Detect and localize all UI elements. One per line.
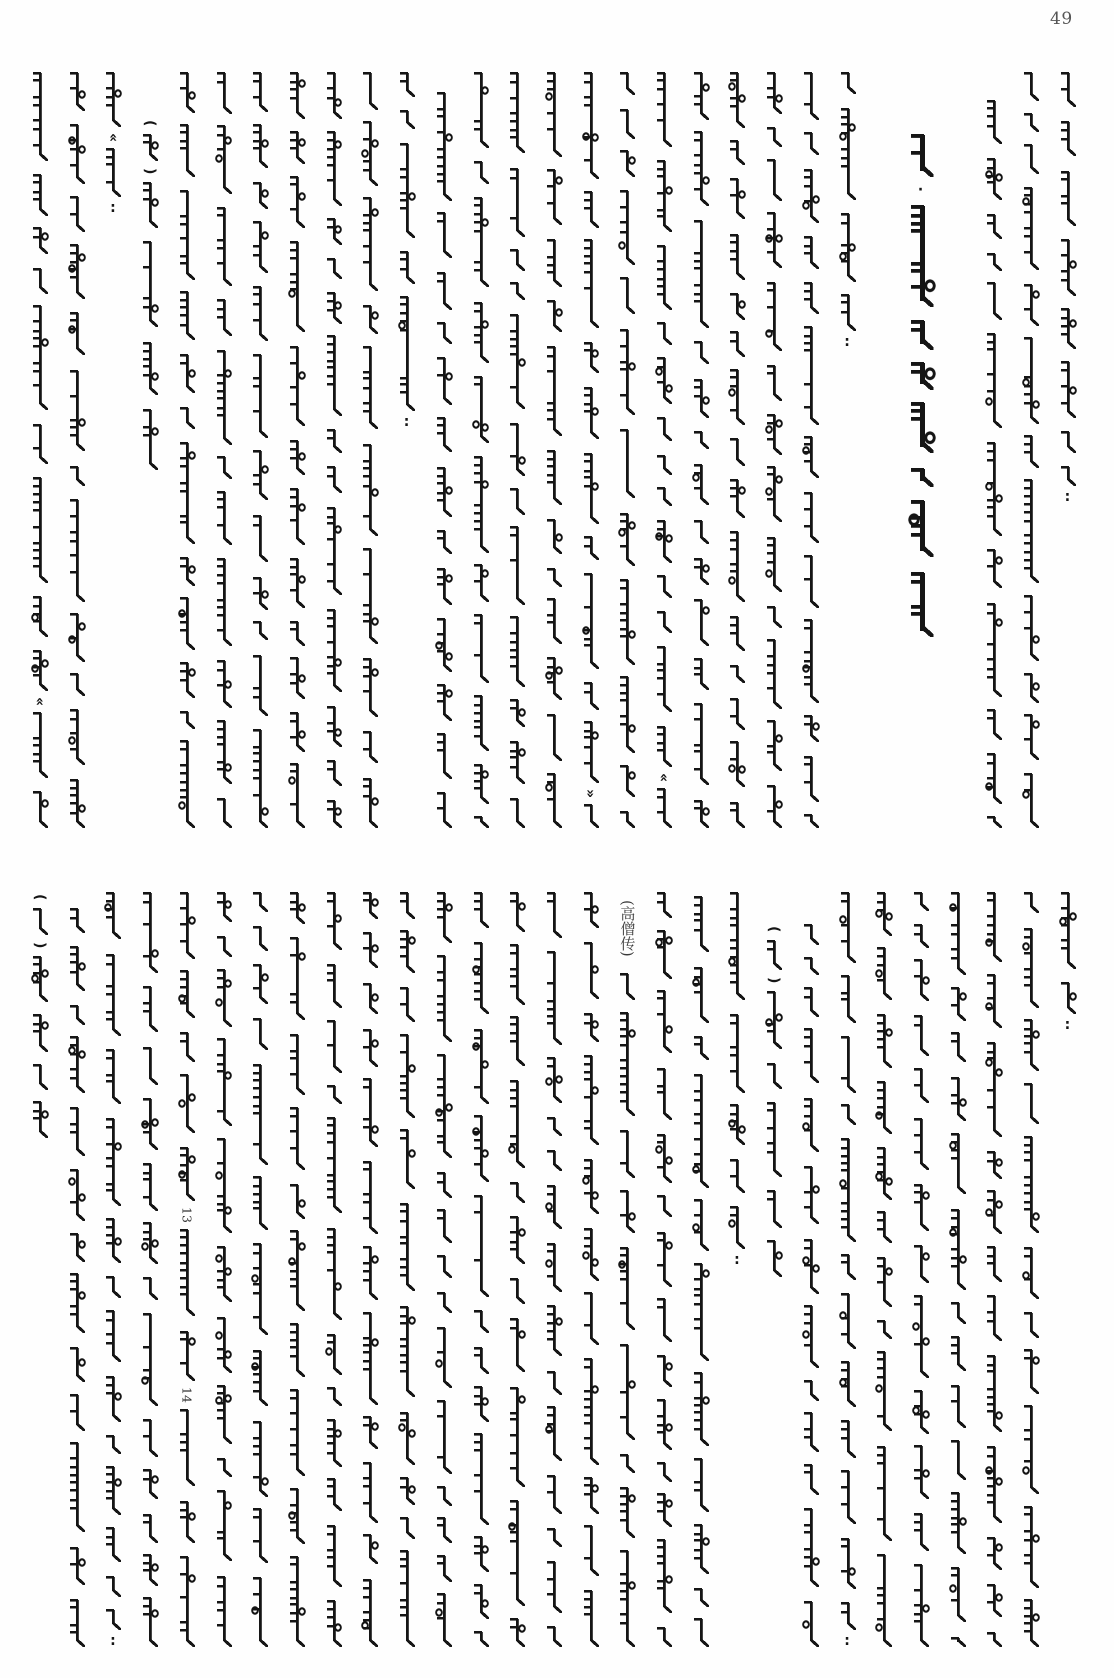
mongolian-word [506,1278,528,1304]
mongolian-word [946,1209,968,1290]
text-column: () [763,924,785,1277]
mongolian-word [653,1068,675,1120]
mongolian-word [432,1593,454,1647]
mongolian-word [65,1233,87,1262]
mongolian-word [946,1077,968,1121]
mongolian-word [506,1182,528,1203]
text-column [359,892,381,1647]
mongolian-word [322,1419,344,1467]
mongolian-word [542,1305,564,1356]
mongolian-word [506,944,528,1005]
mongolian-word [249,1508,271,1563]
mongolian-word [102,1576,124,1597]
mongolian-word [212,892,234,922]
mongolian-word [653,1462,675,1482]
text-column: () [29,892,51,1138]
mongolian-word [65,1273,87,1333]
text-column [249,892,271,1647]
mongolian-word [432,1486,454,1506]
mongolian-word [469,1584,491,1619]
mongolian-word [285,1034,307,1095]
mongolian-word [946,1133,968,1194]
mongolian-word [836,1138,858,1242]
mongolian-word [689,896,711,952]
mongolian-word [542,1406,564,1461]
mongolian-word [579,1525,601,1576]
punctuation-mark: : [1056,1019,1078,1031]
mongolian-word [616,1487,638,1538]
mongolian-word [139,1047,161,1085]
mongolian-word [983,1151,1005,1179]
mongolian-word [983,1042,1005,1137]
mongolian-word [799,1098,821,1152]
mongolian-word [799,957,821,975]
mongolian-word [175,1147,197,1201]
mongolian-word [322,892,344,950]
mongolian-word [799,1464,821,1495]
mongolian-word [29,1064,51,1090]
mongolian-word [359,932,381,968]
mongolian-word [285,937,307,1020]
mongolian-word [175,1032,197,1062]
mongolian-word [359,1462,381,1523]
mongolian-word [102,1218,124,1263]
mongolian-word [946,1385,968,1428]
mongolian-word [359,1534,381,1564]
mongolian-word [175,892,197,959]
mongolian-word [359,1029,381,1067]
mongolian-word [653,1134,675,1183]
punctuation-mark: ( [763,924,785,935]
mongolian-word [212,1138,234,1233]
mongolian-word [506,1618,528,1647]
mongolian-word [542,951,564,1045]
mongolian-word [763,991,785,1049]
text-column [139,892,161,1647]
mongolian-word [1020,928,1042,1008]
mongolian-word [469,1115,491,1182]
mongolian-word [873,1554,895,1647]
text-column [799,924,821,1647]
mongolian-word [139,1277,161,1300]
mongolian-word [653,1399,675,1450]
mongolian-word [359,1579,381,1647]
mongolian-word [1020,1247,1042,1299]
text-column: (高僧传) [616,892,638,1647]
mongolian-word [139,892,161,973]
mongolian-word [799,1380,821,1401]
mongolian-word [102,1376,124,1422]
mongolian-word [726,1206,748,1249]
mongolian-word [102,1310,124,1362]
mongolian-word [469,942,491,1014]
punctuation-mark: ) [763,975,785,986]
mongolian-word [65,908,87,933]
mongolian-word [65,1169,87,1221]
mongolian-word [65,1599,87,1647]
lower-text-band: ():1314(高僧传):():: [0,0,1114,1678]
mongolian-word [983,1584,1005,1617]
mongolian-word [249,1350,271,1406]
text-column [579,892,601,1647]
mongolian-word [322,1020,344,1073]
mongolian-word [542,1561,564,1613]
mongolian-word [65,946,87,991]
text-column [285,892,307,1647]
mongolian-word [1020,1019,1042,1071]
mongolian-word [29,1101,51,1138]
mongolian-word [689,967,711,1023]
mongolian-word [102,1609,124,1630]
text-column [653,892,675,1647]
mongolian-word [579,1292,601,1345]
mongolian-word [726,1104,748,1145]
mongolian-word [910,1118,932,1170]
mongolian-word [836,1538,858,1589]
inline-numeral: 14 [175,1386,197,1404]
mongolian-word [322,1525,344,1587]
mongolian-word [396,930,418,973]
mongolian-word [359,1246,381,1300]
mongolian-word [836,1470,858,1524]
text-column [689,896,711,1647]
mongolian-word [579,1055,601,1145]
mongolian-word [469,1433,491,1525]
text-column [322,892,344,1647]
mongolian-word [249,1421,271,1497]
mongolian-word [1056,982,1078,1014]
mongolian-word [836,1104,858,1125]
mongolian-word [139,1597,161,1647]
mongolian-word [432,892,454,943]
punctuation-mark: ) [29,940,51,951]
mongolian-word [983,1246,1005,1282]
mongolian-word [396,1034,418,1118]
mongolian-word [65,1547,87,1585]
mongolian-word [322,1334,344,1375]
mongolian-word [212,1385,234,1444]
mongolian-word [873,1351,895,1431]
mongolian-word [249,1176,271,1230]
mongolian-word [396,1306,418,1397]
mongolian-word [542,1528,564,1547]
mongolian-word [616,1012,638,1116]
mongolian-word [139,1163,161,1211]
mongolian-word [616,1454,638,1473]
mongolian-word [432,1209,454,1243]
text-column [212,892,234,1647]
mongolian-word [469,1347,491,1374]
mongolian-word [873,947,895,1000]
mongolian-word [249,1064,271,1165]
mongolian-word [212,1038,234,1126]
chinese-annotation: (高僧传) [616,890,638,968]
mongolian-word [542,1243,564,1292]
mongolian-word [689,1618,711,1647]
text-column [506,892,528,1647]
mongolian-word [579,1228,601,1281]
mongolian-word [359,1161,381,1234]
mongolian-word [836,975,858,1023]
mongolian-word [799,1412,821,1452]
mongolian-word [910,959,932,1001]
mongolian-word [102,892,124,939]
text-column [542,892,564,1647]
mongolian-word [873,1014,895,1068]
mongolian-word [175,1074,197,1133]
mongolian-word [542,892,564,938]
mongolian-word [873,1147,895,1200]
mongolian-word [175,1229,197,1316]
book-page: 49 ««:():»«:·:():1314(高僧传):():: [0,0,1114,1678]
mongolian-word [506,892,528,932]
mongolian-word [579,1013,601,1042]
mongolian-word [653,892,675,918]
text-column: : [1056,892,1078,1031]
mongolian-word [653,1195,675,1217]
mongolian-word [432,955,454,1042]
mongolian-word [285,1389,307,1476]
mongolian-word [873,1257,895,1307]
text-column [873,892,895,1647]
mongolian-word [432,1255,454,1278]
mongolian-word [285,1488,307,1544]
mongolian-word [689,1524,711,1574]
punctuation-mark: ( [29,892,51,903]
mongolian-word [65,1442,87,1532]
mongolian-word [542,1185,564,1229]
mongolian-word [836,1036,858,1093]
mongolian-word [65,1005,87,1025]
mongolian-word [689,1372,711,1446]
mongolian-word [689,1458,711,1512]
mongolian-word [726,1014,748,1093]
mongolian-word [396,1129,418,1189]
mongolian-word [212,969,234,1027]
mongolian-word [359,1416,381,1449]
mongolian-word [285,1556,307,1647]
mongolian-word [322,1085,344,1104]
mongolian-word [285,1184,307,1219]
text-column [432,892,454,1647]
mongolian-word [763,1240,785,1277]
text-column [65,908,87,1647]
mongolian-word [799,1166,821,1224]
mongolian-word [139,1554,161,1586]
mongolian-word [396,1517,418,1539]
mongolian-word [542,1150,564,1171]
mongolian-word [396,987,418,1022]
mongolian-word [139,1222,161,1264]
mongolian-word [396,1477,418,1505]
mongolian-word [616,1550,638,1648]
mongolian-word [65,1347,87,1382]
mongolian-word [579,1590,601,1647]
text-column: : [102,892,124,1647]
mongolian-word [212,1458,234,1477]
mongolian-word [910,1068,932,1103]
mongolian-word [359,1312,381,1405]
mongolian-word [689,1199,711,1251]
mongolian-word [506,1318,528,1372]
mongolian-word [799,987,821,1017]
mongolian-word [396,892,418,919]
mongolian-word [249,964,271,1004]
mongolian-word [616,1190,638,1233]
mongolian-word [542,1371,564,1395]
mongolian-word [726,1159,748,1193]
mongolian-word [910,1184,932,1231]
mongolian-word [396,1550,418,1647]
mongolian-word [653,1298,675,1342]
mongolian-word [432,1517,454,1543]
mongolian-word [396,1412,418,1465]
punctuation-mark: : [726,1254,748,1266]
mongolian-word [102,1049,124,1104]
text-column: : [726,892,748,1266]
mongolian-word [212,1576,234,1647]
mongolian-word [689,1074,711,1188]
mongolian-word [322,1478,344,1511]
mongolian-word [579,942,601,999]
mongolian-word [983,1295,1005,1341]
mongolian-word [579,1358,601,1465]
mongolian-word [910,1445,932,1499]
mongolian-word [469,1631,491,1647]
mongolian-word [102,1118,124,1206]
mongolian-word [946,1032,968,1062]
mongolian-word [689,1263,711,1361]
mongolian-word [873,1211,895,1243]
mongolian-word [469,892,491,928]
mongolian-word [469,1195,491,1297]
mongolian-word [946,892,968,975]
mongolian-word [873,1081,895,1134]
mongolian-word [506,1216,528,1264]
mongolian-word [1020,1349,1042,1394]
mongolian-word [799,1305,821,1368]
mongolian-word [102,1276,124,1298]
mongolian-word [542,1057,564,1103]
mongolian-word [910,924,932,948]
mongolian-word [285,1230,307,1311]
mongolian-word [910,1564,932,1647]
mongolian-word [542,1117,564,1136]
mongolian-word [506,1500,528,1606]
mongolian-word [910,1245,932,1283]
mongolian-word [469,1536,491,1572]
mongolian-word [616,1247,638,1330]
mongolian-word [873,892,895,936]
mongolian-word [946,1336,968,1371]
text-column [983,892,1005,1647]
mongolian-word [285,1323,307,1377]
mongolian-word [653,990,675,1053]
mongolian-word [469,1029,491,1104]
mongolian-word [249,926,271,951]
mongolian-word [65,1107,87,1156]
mongolian-word [469,1386,491,1422]
mongolian-word [689,1588,711,1607]
mongolian-word [139,986,161,1032]
mongolian-word [910,1513,932,1551]
text-column [396,892,418,1647]
mongolian-word [799,1508,821,1587]
mongolian-word [102,954,124,1036]
mongolian-word [432,1292,454,1313]
mongolian-word [432,1555,454,1582]
mongolian-word [579,1477,601,1514]
mongolian-word [432,1400,454,1474]
mongolian-word [139,1469,161,1499]
mongolian-word [763,940,785,970]
mongolian-word [836,1602,858,1630]
mongolian-word [249,1018,271,1050]
mongolian-word [836,892,858,963]
mongolian-word [29,956,51,1002]
mongolian-word [1020,1083,1042,1124]
mongolian-word [432,1054,454,1158]
mongolian-word [249,892,271,912]
mongolian-word [689,1036,711,1060]
mongolian-word [983,1446,1005,1523]
mongolian-word [1020,1312,1042,1338]
punctuation-mark: : [836,1635,858,1647]
mongolian-word [983,974,1005,1028]
mongolian-word [763,1063,785,1089]
mongolian-word [946,1302,968,1324]
mongolian-word [432,1172,454,1198]
mongolian-word [1020,1405,1042,1494]
mongolian-word [1056,892,1078,969]
mongolian-word [29,908,51,935]
mongolian-word [139,1514,161,1543]
mongolian-word [653,930,675,979]
mongolian-word [102,1435,124,1454]
mongolian-word [946,1492,968,1554]
mongolian-word [102,1466,124,1515]
mongolian-word [249,1577,271,1647]
mongolian-word [506,1080,528,1168]
mongolian-word [653,1539,675,1613]
mongolian-word [212,1246,234,1302]
mongolian-word [836,1361,858,1407]
mongolian-word [65,1394,87,1431]
mongolian-word [579,1159,601,1214]
mongolian-word [653,1493,675,1527]
mongolian-word [910,892,932,911]
mongolian-word [249,1243,271,1335]
mongolian-word [983,892,1005,962]
mongolian-word [616,1344,638,1440]
mongolian-word [542,1475,564,1514]
mongolian-word [836,1254,858,1280]
mongolian-word [836,1293,858,1349]
mongolian-word [579,892,601,928]
mongolian-word [29,1014,51,1052]
text-column: : [836,892,858,1647]
punctuation-mark: : [102,1635,124,1647]
mongolian-word [873,1320,895,1339]
mongolian-word [653,1627,675,1647]
mongolian-word [726,892,748,1000]
mongolian-word [799,1239,821,1294]
mongolian-word [836,1420,858,1458]
mongolian-word [469,1310,491,1333]
mongolian-word [285,892,307,924]
mongolian-word [175,1409,197,1486]
text-column [910,892,932,1647]
